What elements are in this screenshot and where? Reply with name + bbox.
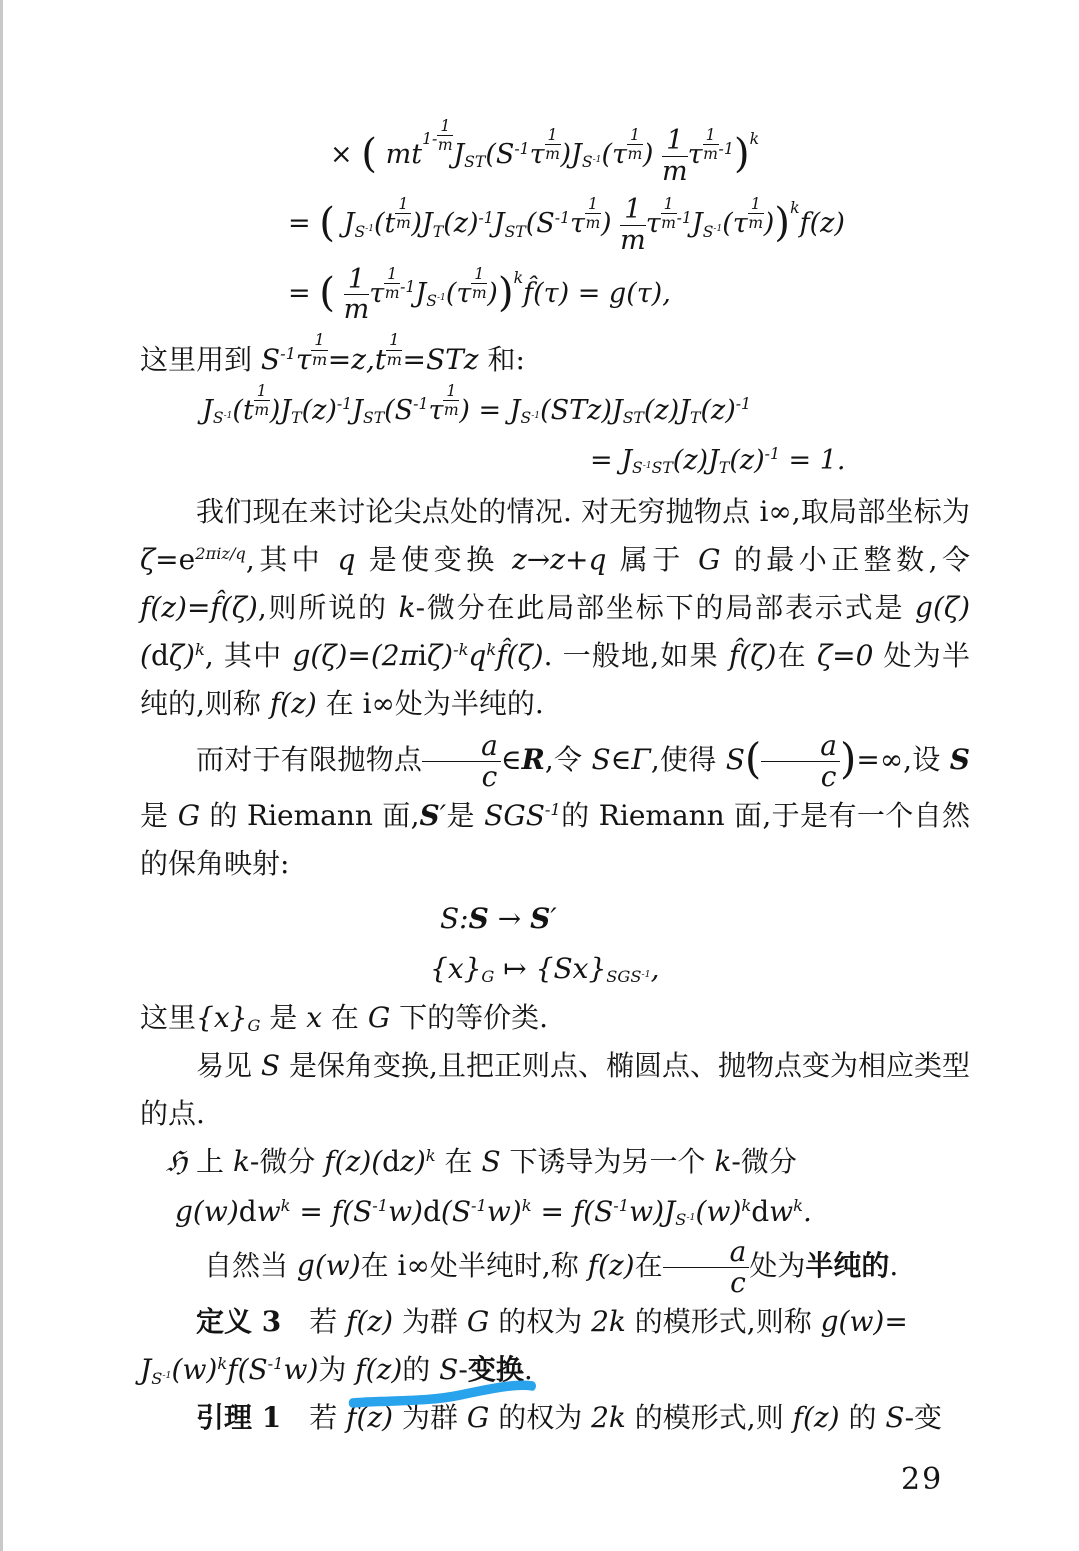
paragraph-conformal-map-property: 易见 S 是保角变换,且把正则点、椭圆点、抛物点变为相应类型的点.	[140, 1042, 970, 1138]
display-equation-3: g(w)dwk = f(S-1w)d(S-1w)k = f(S-1w)JS-1(…	[175, 1186, 970, 1238]
display-map-line-1: S:S → S′	[440, 894, 970, 944]
display-map-line-2: {x}G ↦ {Sx}SGS-1,	[430, 944, 970, 994]
definition-3-line-2: JS-1(w)kf(S-1w)为 f(z)的 S-变换.	[140, 1346, 970, 1394]
paragraph-naturally-meromorphic: 自然当 g(w)在 i∞处半纯时,称 f(z)在ac处为半纯的.	[140, 1238, 970, 1298]
paragraph-finite-parabolic-point: 而对于有限抛物点ac∈R,令 S∈Γ,使得 S(ac)=∞,设 S 是 G 的 …	[140, 732, 970, 888]
paragraph-k-differential-induced: ℌ 上 k-微分 f(z)(dz)k 在 S 下诱导为另一个 k-微分	[140, 1138, 970, 1186]
page-content: × ( mt1-1mJST(S-1τ1m)JS-1(τ1m) 1mτ1m-1)k…	[140, 126, 970, 1442]
display-equation-1-line-1: × ( mt1-1mJST(S-1τ1m)JS-1(τ1m) 1mτ1m-1)k	[330, 126, 970, 185]
s-transform-term-text: f(z)的 S-变换.	[355, 1353, 532, 1386]
s-transform-term: f(z)的 S-变换.	[355, 1353, 532, 1386]
display-equation-1-line-3: = ( 1mτ1m-1JS-1(τ1m))kf̂(τ) = g(τ),	[288, 265, 970, 324]
display-equation-2-line-1: JS-1(t1m)JT(z)-1JST(S-1τ1m) = JS-1(STz)J…	[202, 386, 970, 436]
lemma-1-line: 引理 1 若 f(z) 为群 G 的权为 2k 的模形式,则 f(z) 的 S-…	[140, 1394, 970, 1442]
scanned-book-page: × ( mt1-1mJST(S-1τ1m)JS-1(τ1m) 1mτ1m-1)k…	[0, 0, 1079, 1551]
scan-edge-shadow	[0, 0, 3, 1551]
display-equation-2-line-2: = JS-1ST(z)JT(z)-1 = 1.	[590, 436, 970, 486]
paragraph-here-we-used: 这里用到 S-1τ1m=z,t1m=STz 和:	[140, 336, 970, 384]
paragraph-cusp-discussion: 我们现在来讨论尖点处的情况. 对无穷抛物点 i∞,取局部坐标为 ζ=e2πiz/…	[140, 488, 970, 728]
display-equation-1-line-2: = ( JS-1(t1m)JT(z)-1JST(S-1τ1m) 1mτ1m-1J…	[288, 195, 970, 254]
definition-3-formula: JS-1(w)kf(S-1w)为	[140, 1353, 355, 1386]
definition-3-line-1: 定义 3 若 f(z) 为群 G 的权为 2k 的模形式,则称 g(w)=	[140, 1298, 970, 1346]
page-number: 29	[901, 1462, 943, 1497]
paragraph-equivalence-class: 这里{x}G 是 x 在 G 下的等价类.	[140, 994, 970, 1042]
